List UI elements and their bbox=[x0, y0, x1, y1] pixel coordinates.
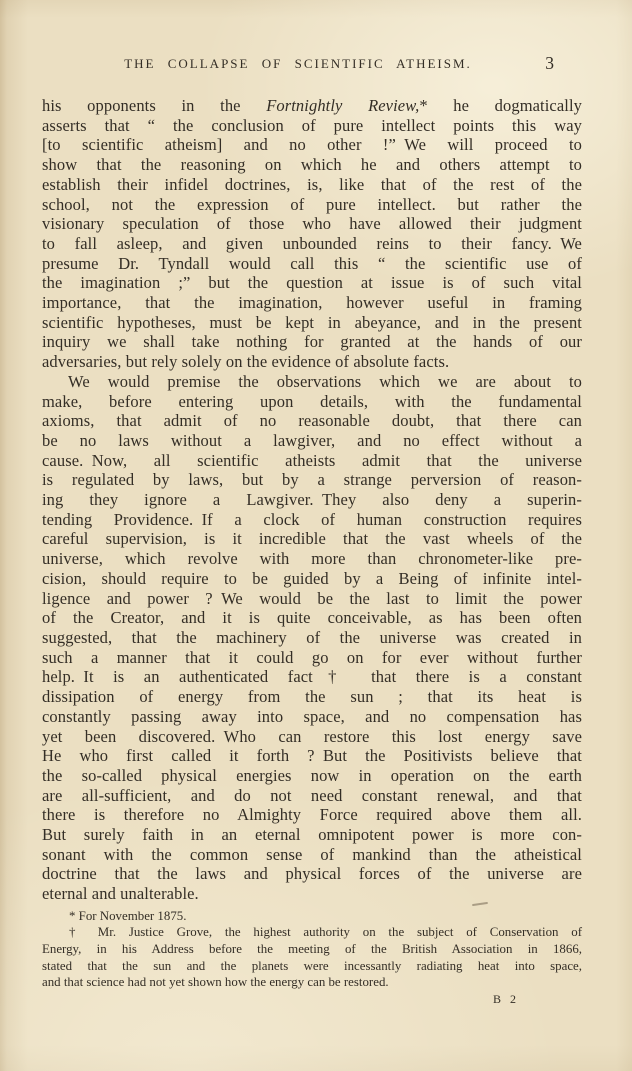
paragraph-2: We would premise the observations which … bbox=[42, 372, 582, 904]
text-line: to fall asleep, and given unbounded rein… bbox=[42, 234, 582, 254]
text-line: He who first called it forth ? But the P… bbox=[42, 746, 582, 766]
running-title: THE COLLAPSE OF SCIENTIFIC ATHEISM. bbox=[28, 56, 568, 72]
text-line: inquiry we shall take nothing for grante… bbox=[42, 332, 582, 352]
text-segment: * he dogmatically bbox=[419, 96, 582, 115]
text-line: dissipation of energy from the sun ; tha… bbox=[42, 687, 582, 707]
text-line: school, not the expression of pure intel… bbox=[42, 195, 582, 215]
text-segment: his opponents in the bbox=[42, 96, 266, 115]
text-line: scientific hypotheses, must be kept in a… bbox=[42, 313, 582, 333]
text-line: is regulated by laws, but by a strange p… bbox=[42, 470, 582, 490]
text-line: ligence and power ? We would be the last… bbox=[42, 589, 582, 609]
text-line: cause. Now, all scientific atheists admi… bbox=[42, 451, 582, 471]
text-line: suggested, that the machinery of the uni… bbox=[42, 628, 582, 648]
text-line: help. It is an authenticated fact† that … bbox=[42, 667, 582, 687]
footnote-2: † Mr. Justice Grove, the highest authori… bbox=[42, 924, 582, 990]
text-line: tending Providence. If a clock of human … bbox=[42, 510, 582, 530]
text-line: adversaries, but rely solely on the evid… bbox=[42, 352, 582, 372]
book-page: THE COLLAPSE OF SCIENTIFIC ATHEISM. 3 hi… bbox=[0, 0, 632, 1071]
text-line: visionary speculation of those who have … bbox=[42, 214, 582, 234]
text-line: constantly passing away into space, and … bbox=[42, 707, 582, 727]
text-line: * For November 1875. bbox=[42, 908, 582, 925]
text-line: and that science had not yet shown how t… bbox=[42, 974, 582, 991]
text-line: the so-called physical energies now in o… bbox=[42, 766, 582, 786]
footnote-1: * For November 1875. bbox=[42, 908, 582, 925]
text-line: his opponents in the Fortnightly Review,… bbox=[42, 96, 582, 116]
text-line: asserts that “ the conclusion of pure in… bbox=[42, 116, 582, 136]
text-line: importance, that the imagination, howeve… bbox=[42, 293, 582, 313]
text-line: axioms, that admit of no reasonable doub… bbox=[42, 411, 582, 431]
text-line: there is therefore no Almighty Force req… bbox=[42, 805, 582, 825]
text-line: sonant with the common sense of mankind … bbox=[42, 845, 582, 865]
text-line: We would premise the observations which … bbox=[42, 372, 582, 392]
text-line: of the Creator, and it is quite conceiva… bbox=[42, 608, 582, 628]
text-line: But surely faith in an eternal omnipoten… bbox=[42, 825, 582, 845]
text-line: are all-sufficient, and do not need cons… bbox=[42, 786, 582, 806]
text-line: the imagination ;” but the question at i… bbox=[42, 273, 582, 293]
running-head: THE COLLAPSE OF SCIENTIFIC ATHEISM. 3 bbox=[42, 56, 582, 76]
text-line: be no laws without a lawgiver, and no ef… bbox=[42, 431, 582, 451]
text-line: establish their infidel doctrines, is, l… bbox=[42, 175, 582, 195]
text-line: eternal and unalterable. bbox=[42, 884, 582, 904]
footnotes: * For November 1875.† Mr. Justice Grove,… bbox=[42, 908, 582, 991]
text-line: [to scientific atheism] and no other !” … bbox=[42, 135, 582, 155]
text-line: show that the reasoning on which he and … bbox=[42, 155, 582, 175]
signature-mark: B 2 bbox=[42, 992, 582, 1006]
text-line: Energy, in his Address before the meetin… bbox=[42, 941, 582, 958]
text-line: yet been discovered. Who can restore thi… bbox=[42, 727, 582, 747]
body-text: his opponents in the Fortnightly Review,… bbox=[42, 96, 582, 904]
page-number: 3 bbox=[545, 53, 554, 74]
text-line: ing they ignore a Lawgiver. They also de… bbox=[42, 490, 582, 510]
text-line: such a manner that it could go on for ev… bbox=[42, 648, 582, 668]
text-line: make, before entering upon details, with… bbox=[42, 392, 582, 412]
paragraph-1: his opponents in the Fortnightly Review,… bbox=[42, 96, 582, 372]
italic-text: Fortnightly Review, bbox=[266, 96, 419, 115]
text-line: doctrine that the laws and physical forc… bbox=[42, 864, 582, 884]
text-line: careful supervision, is it incredible th… bbox=[42, 529, 582, 549]
text-line: presume Dr. Tyndall would call this “ th… bbox=[42, 254, 582, 274]
text-line: cision, should require to be guided by a… bbox=[42, 569, 582, 589]
text-line: stated that the sun and the planets were… bbox=[42, 958, 582, 975]
text-line: † Mr. Justice Grove, the highest authori… bbox=[42, 924, 582, 941]
text-line: universe, which revolve with more than c… bbox=[42, 549, 582, 569]
